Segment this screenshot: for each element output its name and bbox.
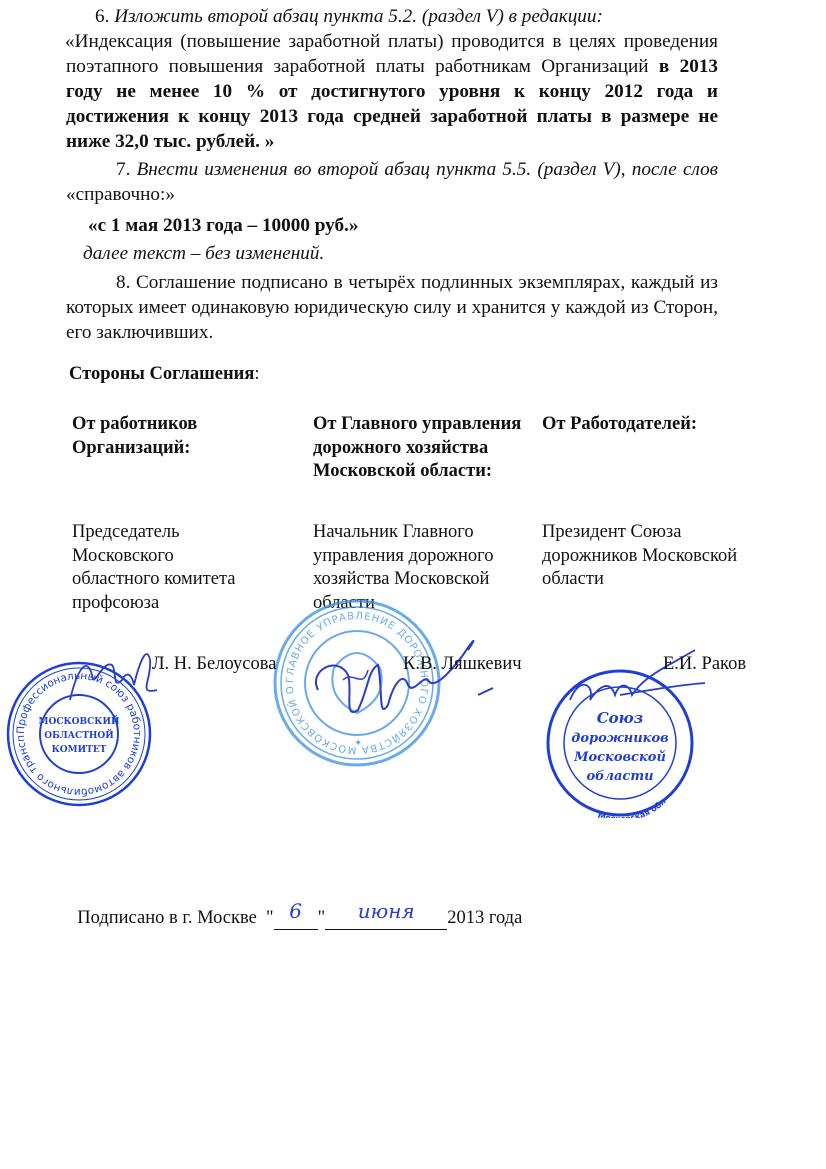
item-6-quote-regular: «Индексация (повышение заработной платы)… <box>65 31 718 77</box>
signature-glavk-icon <box>298 630 498 740</box>
signature-workers-icon <box>62 640 162 710</box>
parties-title-text: Стороны Соглашения <box>69 364 254 384</box>
signatory-workers: Л. Н. Белоусова <box>152 654 276 675</box>
signing-day: 6 <box>274 904 318 930</box>
signing-prefix: Подписано в г. Москве " <box>77 908 273 928</box>
signing-suffix: 2013 года <box>447 908 522 928</box>
signing-month: июня <box>325 904 447 930</box>
party-position-workers: Председатель Московского областного коми… <box>72 521 257 615</box>
item-8-text: 8. Соглашение подписано в четырёх подлин… <box>66 270 718 345</box>
party-header-employers: От Работодателей: <box>542 413 762 437</box>
signing-day-handwritten: 6 <box>289 899 302 923</box>
item-7-heading: 7. Внести изменения во второй абзац пунк… <box>66 157 718 207</box>
party-header-glavk: От Главного управления дорожного хозяйст… <box>313 413 523 484</box>
parties-title-colon: : <box>254 364 259 384</box>
item-7-heading-tail: «справочно:» <box>66 184 175 205</box>
item-7-rest: далее текст – без изменений. <box>83 241 683 266</box>
item-6-heading-text: Изложить второй абзац пункта 5.2. (разде… <box>114 6 603 27</box>
svg-text:дорожников: дорожников <box>571 731 668 746</box>
signatory-employers: Е.И. Раков <box>663 654 746 675</box>
svg-text:Московской: Московской <box>573 750 666 765</box>
item-7-heading-text: Внести изменения во второй абзац пункта … <box>137 159 718 180</box>
svg-text:МОСКОВСКИЙ: МОСКОВСКИЙ <box>39 714 120 727</box>
item-7-number: 7. <box>116 159 130 180</box>
svg-text:области: области <box>586 769 653 784</box>
item-6-number: 6. <box>95 6 109 27</box>
parties-title: Стороны Соглашения: <box>69 364 259 385</box>
item-6-heading: 6. Изложить второй абзац пункта 5.2. (ра… <box>95 4 735 29</box>
party-position-employers: Президент Союза дорожников Московской об… <box>542 521 772 592</box>
signing-month-handwritten: июня <box>358 899 415 923</box>
item-7-insert: «с 1 мая 2013 года – 10000 руб.» <box>88 213 688 238</box>
signatory-glavk: К.В. Ляшкевич <box>403 654 522 675</box>
signing-mid-quote: " <box>318 908 326 928</box>
svg-text:КОМИТЕТ: КОМИТЕТ <box>52 745 107 755</box>
item-6-quote: «Индексация (повышение заработной платы)… <box>66 29 718 154</box>
signing-place-date: Подписано в г. Москве "6"июня2013 года <box>68 883 522 930</box>
party-header-workers: От работников Организаций: <box>72 413 242 460</box>
svg-text:ОБЛАСТНОЙ: ОБЛАСТНОЙ <box>44 728 114 741</box>
